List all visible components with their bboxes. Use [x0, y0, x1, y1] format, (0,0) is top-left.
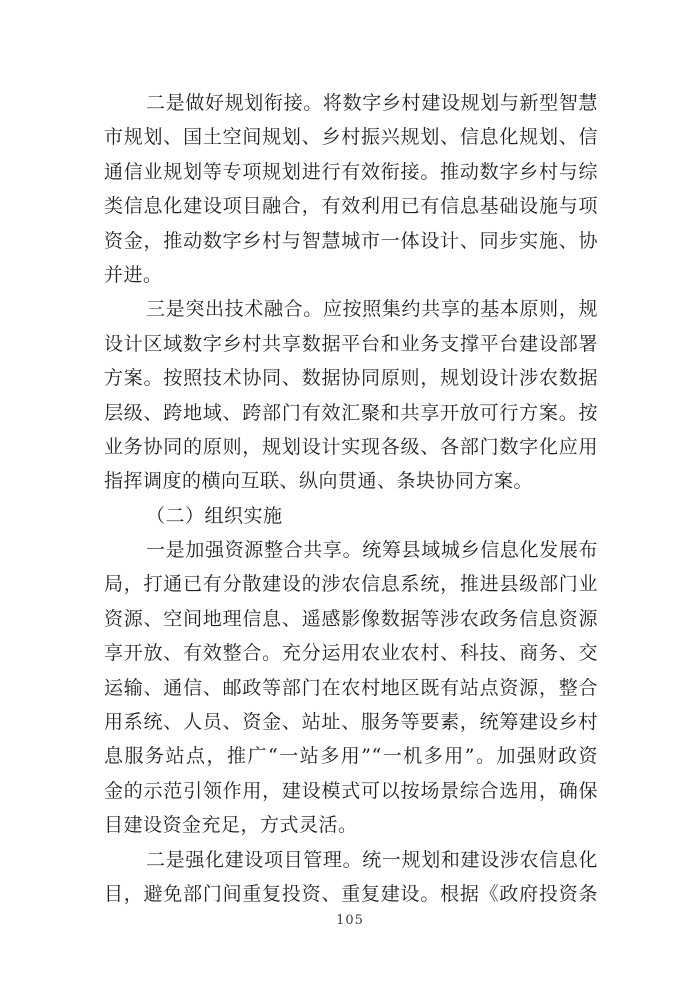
text-line: 目，避免部门间重复投资、重复建设。根据《政府投资条例》: [104, 877, 598, 911]
text-line: 设计区域数字乡村共享数据平台和业务支撑平台建设部署: [104, 327, 598, 361]
text-line: 金的示范引领作用，建设模式可以按场景综合选用，确保项: [104, 774, 598, 808]
paragraph: 二是强化建设项目管理。统一规划和建设涉农信息化项 目，避免部门间重复投资、重复建…: [104, 843, 598, 912]
paragraph: 三是突出技术融合。应按照集约共享的基本原则，规划 设计区域数字乡村共享数据平台和…: [104, 292, 598, 498]
text-line: 指挥调度的横向互联、纵向贯通、条块协同方案。: [104, 464, 598, 498]
text-line: 局，打通已有分散建设的涉农信息系统，推进县级部门业务: [104, 567, 598, 601]
section-heading: （二）组织实施: [104, 499, 598, 533]
text-line: 方案。按照技术协同、数据协同原则，规划设计涉农数据跨: [104, 361, 598, 395]
text-line: 三是突出技术融合。应按照集约共享的基本原则，规划: [104, 292, 598, 326]
text-line: 资金，推动数字乡村与智慧城市一体设计、同步实施、协同: [104, 224, 598, 258]
text-line: 运输、通信、邮政等部门在农村地区既有站点资源，整合利: [104, 671, 598, 705]
text-line: 资源、空间地理信息、遥感影像数据等涉农政务信息资源共: [104, 602, 598, 636]
text-line: 息服务站点，推广“一站多用”“一机多用”。加强财政资: [104, 739, 598, 773]
text-line: 用系统、人员、资金、站址、服务等要素，统筹建设乡村信: [104, 705, 598, 739]
text-line: 目建设资金充足，方式灵活。: [104, 808, 598, 842]
paragraph: 二是做好规划衔接。将数字乡村建设规划与新型智慧城 市规划、国土空间规划、乡村振兴…: [104, 86, 598, 292]
text-line: 并进。: [104, 258, 598, 292]
text-line: 类信息化建设项目融合，有效利用已有信息基础设施与项目: [104, 189, 598, 223]
text-line: 市规划、国土空间规划、乡村振兴规划、信息化规划、信息: [104, 120, 598, 154]
text-line: 一是加强资源整合共享。统筹县域城乡信息化发展布: [104, 533, 598, 567]
text-line: 享开放、有效整合。充分运用农业农村、科技、商务、交通: [104, 636, 598, 670]
document-body: 二是做好规划衔接。将数字乡村建设规划与新型智慧城 市规划、国土空间规划、乡村振兴…: [104, 86, 598, 911]
text-line: 业务协同的原则，规划设计实现各级、各部门数字化应用与: [104, 430, 598, 464]
document-page: 二是做好规划衔接。将数字乡村建设规划与新型智慧城 市规划、国土空间规划、乡村振兴…: [0, 0, 700, 990]
text-line: 二是强化建设项目管理。统一规划和建设涉农信息化项: [104, 843, 598, 877]
text-line: 二是做好规划衔接。将数字乡村建设规划与新型智慧城: [104, 86, 598, 120]
text-line: 通信业规划等专项规划进行有效衔接。推动数字乡村与综合: [104, 155, 598, 189]
section-heading-block: （二）组织实施: [104, 499, 598, 533]
text-line: 层级、跨地域、跨部门有效汇聚和共享开放可行方案。按照: [104, 396, 598, 430]
paragraph: 一是加强资源整合共享。统筹县域城乡信息化发展布 局，打通已有分散建设的涉农信息系…: [104, 533, 598, 843]
page-number: 105: [0, 913, 700, 928]
